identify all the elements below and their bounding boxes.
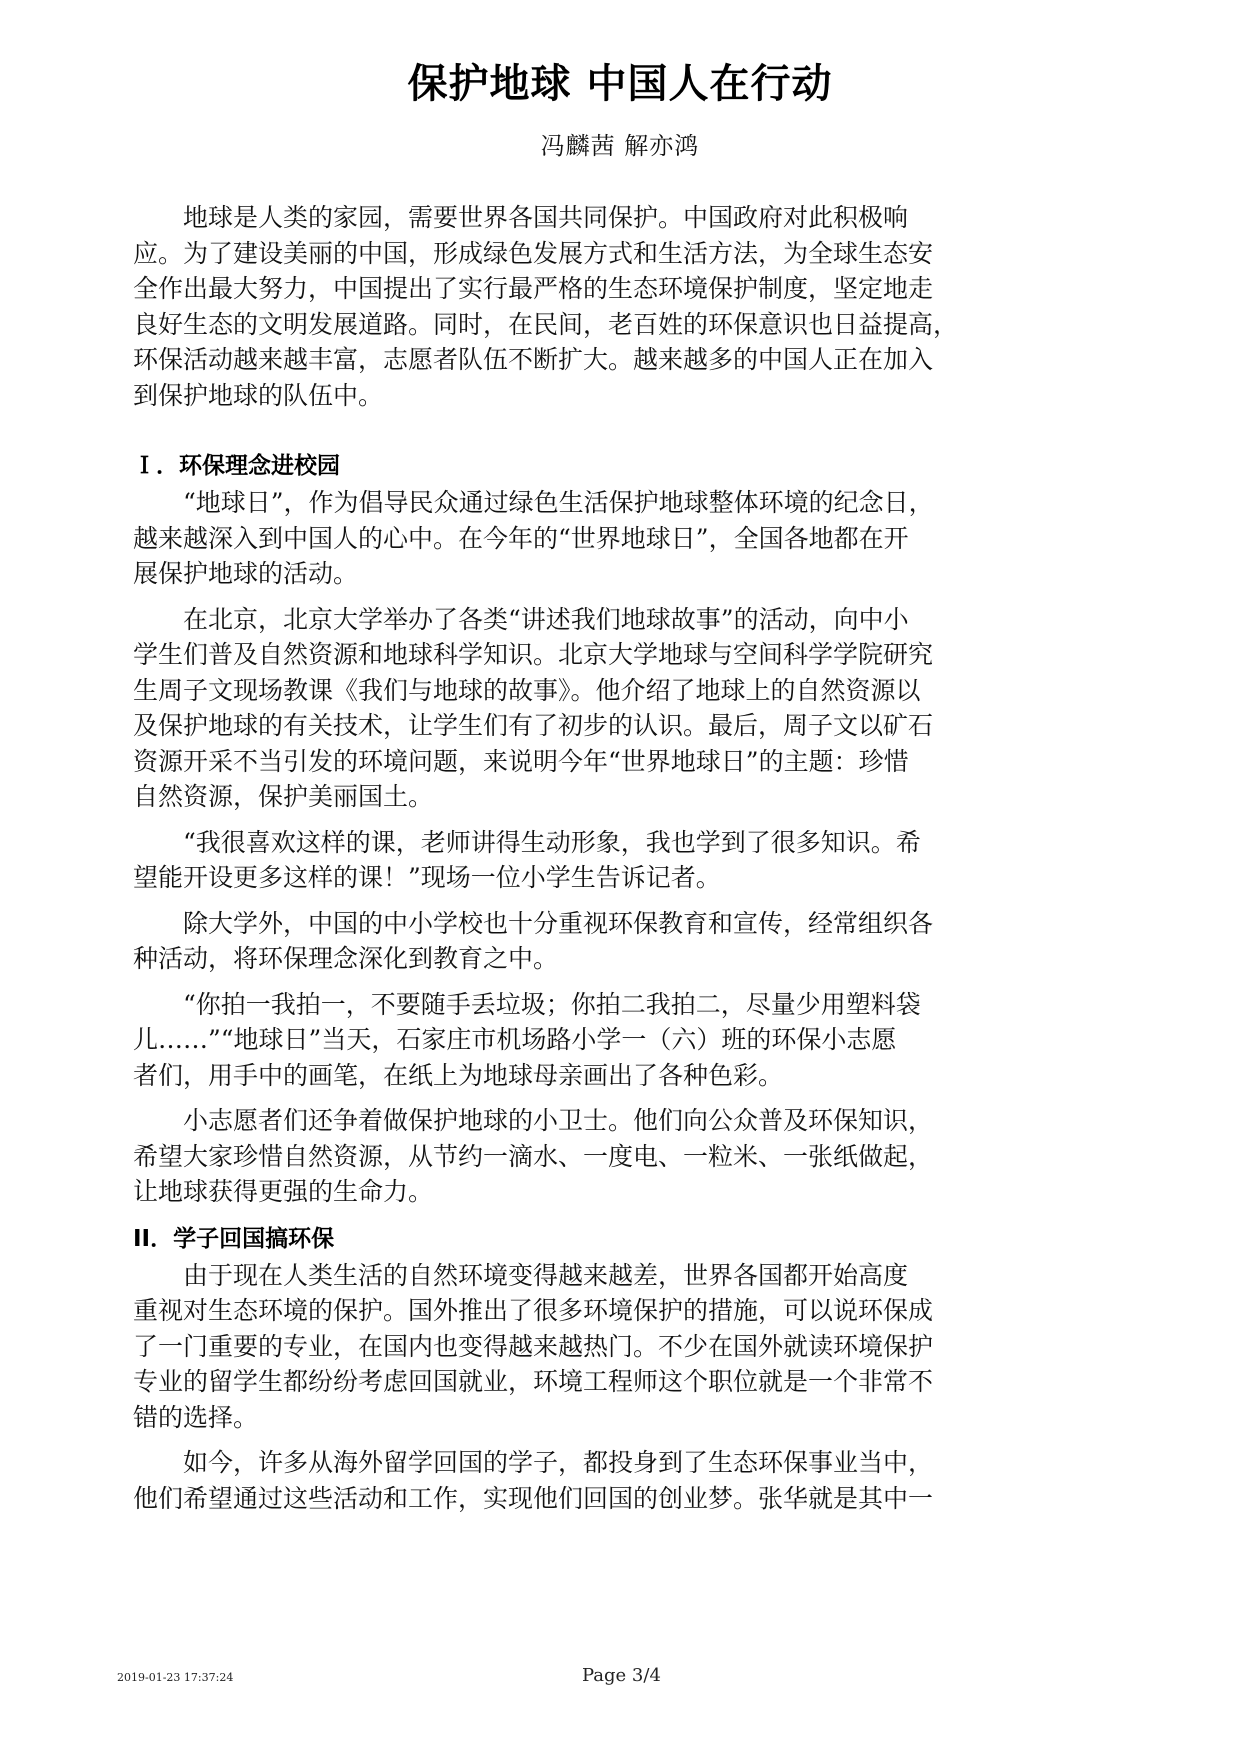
text-line: 专业的留学生都纷纷考虑回国就业，环境工程师这个职位就是一个非常不 <box>133 1364 1108 1400</box>
section-1-paragraph-6: 小志愿者们还争着做保护地球的小卫士。他们向公众普及环保知识， 希望大家珍惜自然资… <box>133 1103 1108 1210</box>
text-line: 全作出最大努力，中国提出了实行最严格的生态环境保护制度，坚定地走 <box>133 271 1108 307</box>
section-heading-2: II．学子回国搞环保 <box>133 1220 1108 1258</box>
text-line: 让地球获得更强的生命力。 <box>133 1174 1108 1210</box>
text-line: 错的选择。 <box>133 1400 1108 1436</box>
section-2-paragraph-2: 如今，许多从海外留学回国的学子，都投身到了生态环保事业当中， 他们希望通过这些活… <box>133 1445 1108 1516</box>
text-line: 重视对生态环境的保护。国外推出了很多环境保护的措施，可以说环保成 <box>133 1293 1108 1329</box>
section-1-paragraph-2: 在北京，北京大学举办了各类“讲述我们地球故事”的活动，向中小 学生们普及自然资源… <box>133 602 1108 815</box>
section-2-paragraph-1: 由于现在人类生活的自然环境变得越来越差，世界各国都开始高度 重视对生态环境的保护… <box>133 1258 1108 1436</box>
page-number: Page 3/4 <box>582 1665 661 1686</box>
text-line: 资源开采不当引发的环境问题，来说明今年“世界地球日”的主题：珍惜 <box>133 744 1108 780</box>
document-title: 保护地球 中国人在行动 <box>0 52 1240 109</box>
text-line: 越来越深入到中国人的心中。在今年的“世界地球日”，全国各地都在开 <box>133 521 1108 557</box>
text-line: 他们希望通过这些活动和工作，实现他们回国的创业梦。张华就是其中一 <box>133 1481 1108 1517</box>
text-line: 望能开设更多这样的课！”现场一位小学生告诉记者。 <box>133 860 1108 896</box>
text-line: 学生们普及自然资源和地球科学知识。北京大学地球与空间科学学院研究 <box>133 637 1108 673</box>
text-line: 展保护地球的活动。 <box>133 556 1108 592</box>
intro-paragraph: 地球是人类的家园，需要世界各国共同保护。中国政府对此积极响 应。为了建设美丽的中… <box>133 200 1108 413</box>
text-line: 应。为了建设美丽的中国，形成绿色发展方式和生活方法，为全球生态安 <box>133 236 1108 272</box>
text-line: “我很喜欢这样的课，老师讲得生动形象，我也学到了很多知识。希 <box>133 825 1108 861</box>
text-line: 如今，许多从海外留学回国的学子，都投身到了生态环保事业当中， <box>133 1445 1108 1481</box>
section-1-paragraph-5: “你拍一我拍一，不要随手丢垃圾；你拍二我拍二，尽量少用塑料袋 儿……”“地球日”… <box>133 987 1108 1094</box>
footer-timestamp: 2019-01-23 17:37:24 <box>117 1671 233 1684</box>
text-line: 由于现在人类生活的自然环境变得越来越差，世界各国都开始高度 <box>133 1258 1108 1294</box>
text-line: 到保护地球的队伍中。 <box>133 378 1108 414</box>
document-page: 保护地球 中国人在行动 冯麟茜 解亦鸿 地球是人类的家园，需要世界各国共同保护。… <box>0 0 1240 1754</box>
text-line: 了一门重要的专业，在国内也变得越来越热门。不少在国外就读环境保护 <box>133 1329 1108 1365</box>
section-1-paragraph-1: “地球日”，作为倡导民众通过绿色生活保护地球整体环境的纪念日， 越来越深入到中国… <box>133 485 1108 592</box>
text-line: 希望大家珍惜自然资源，从节约一滴水、一度电、一粒米、一张纸做起， <box>133 1139 1108 1175</box>
text-line: 良好生态的文明发展道路。同时，在民间，老百姓的环保意识也日益提高， <box>133 307 1108 343</box>
text-line: 及保护地球的有关技术，让学生们有了初步的认识。最后，周子文以矿石 <box>133 708 1108 744</box>
document-body: 地球是人类的家园，需要世界各国共同保护。中国政府对此积极响 应。为了建设美丽的中… <box>133 200 1108 1516</box>
text-line: 儿……”“地球日”当天，石家庄市机场路小学一（六）班的环保小志愿 <box>133 1022 1108 1058</box>
text-line: “地球日”，作为倡导民众通过绿色生活保护地球整体环境的纪念日， <box>133 485 1108 521</box>
text-line: 地球是人类的家园，需要世界各国共同保护。中国政府对此积极响 <box>133 200 1108 236</box>
text-line: “你拍一我拍一，不要随手丢垃圾；你拍二我拍二，尽量少用塑料袋 <box>133 987 1108 1023</box>
text-line: 小志愿者们还争着做保护地球的小卫士。他们向公众普及环保知识， <box>133 1103 1108 1139</box>
text-line: 除大学外，中国的中小学校也十分重视环保教育和宣传，经常组织各 <box>133 906 1108 942</box>
section-1-paragraph-3: “我很喜欢这样的课，老师讲得生动形象，我也学到了很多知识。希 望能开设更多这样的… <box>133 825 1108 896</box>
text-line: 环保活动越来越丰富，志愿者队伍不断扩大。越来越多的中国人正在加入 <box>133 342 1108 378</box>
text-line: 自然资源，保护美丽国土。 <box>133 779 1108 815</box>
section-1-paragraph-4: 除大学外，中国的中小学校也十分重视环保教育和宣传，经常组织各 种活动，将环保理念… <box>133 906 1108 977</box>
text-line: 生周子文现场教课《我们与地球的故事》。他介绍了地球上的自然资源以 <box>133 673 1108 709</box>
text-line: 者们，用手中的画笔，在纸上为地球母亲画出了各种色彩。 <box>133 1058 1108 1094</box>
document-authors: 冯麟茜 解亦鸿 <box>0 126 1240 161</box>
text-line: 种活动，将环保理念深化到教育之中。 <box>133 941 1108 977</box>
section-heading-1: Ｉ．环保理念进校园 <box>133 447 1108 485</box>
text-line: 在北京，北京大学举办了各类“讲述我们地球故事”的活动，向中小 <box>133 602 1108 638</box>
